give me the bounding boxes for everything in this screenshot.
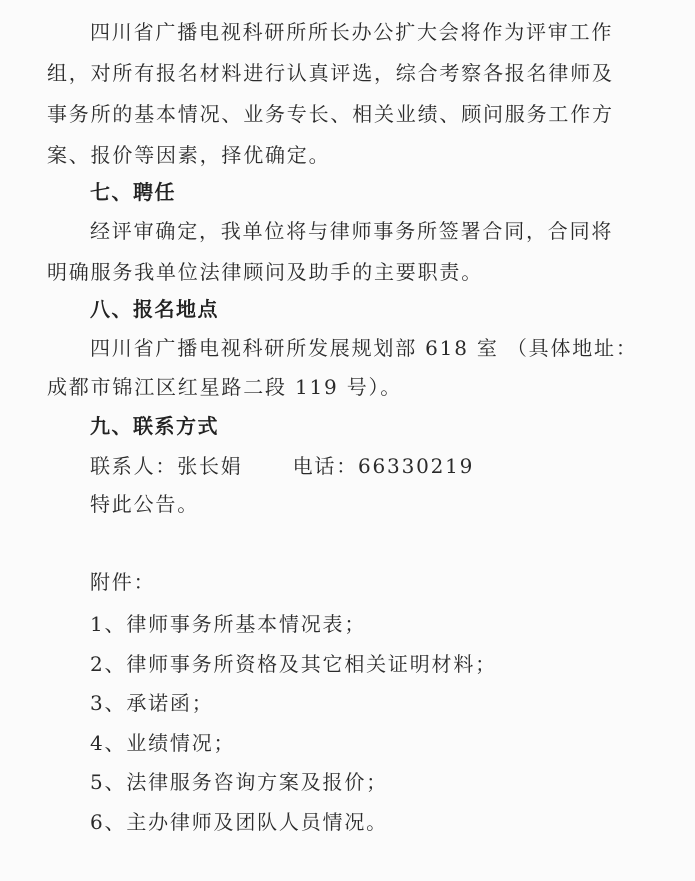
review-paragraph-line-2: 组，对所有报名材料进行认真评选，综合考察各报名律师及 xyxy=(47,61,614,85)
contact-phone: 电话：66330219 xyxy=(293,454,475,478)
section-8-line-1: 四川省广播电视科研所发展规划部 618 室 （具体地址： xyxy=(90,336,638,360)
section-7-heading: 七、聘任 xyxy=(90,180,176,204)
section-7-line-2: 明确服务我单位法律顾问及助手的主要职责。 xyxy=(47,260,483,284)
attachment-item-6: 6、主办律师及团队人员情况。 xyxy=(90,810,388,834)
attachments-title: 附件： xyxy=(90,570,155,594)
closing-line: 特此公告。 xyxy=(90,492,199,516)
attachment-item-1: 1、律师事务所基本情况表； xyxy=(90,612,366,636)
section-7-line-1: 经评审确定，我单位将与律师事务所签署合同，合同将 xyxy=(90,219,613,243)
review-paragraph-line-1: 四川省广播电视科研所所长办公扩大会将作为评审工作 xyxy=(90,20,613,44)
section-9-heading: 九、联系方式 xyxy=(90,414,219,438)
section-8-line-2: 成都市锦江区红星路二段 119 号）。 xyxy=(47,375,402,399)
attachment-item-2: 2、律师事务所资格及其它相关证明材料； xyxy=(90,652,497,676)
section-8-heading: 八、报名地点 xyxy=(90,297,219,321)
contact-person: 联系人：张长娟 xyxy=(90,454,243,478)
attachment-item-3: 3、承诺函； xyxy=(90,691,214,715)
contact-line: 联系人：张长娟电话：66330219 xyxy=(90,454,474,478)
document-page: 四川省广播电视科研所所长办公扩大会将作为评审工作 组，对所有报名材料进行认真评选… xyxy=(0,0,695,881)
attachment-item-5: 5、法律服务咨询方案及报价； xyxy=(90,770,388,794)
review-paragraph-line-3: 事务所的基本情况、业务专长、相关业绩、顾问服务工作方 xyxy=(47,102,614,126)
attachment-item-4: 4、业绩情况； xyxy=(90,731,235,755)
review-paragraph-line-4: 案、报价等因素，择优确定。 xyxy=(47,143,330,167)
